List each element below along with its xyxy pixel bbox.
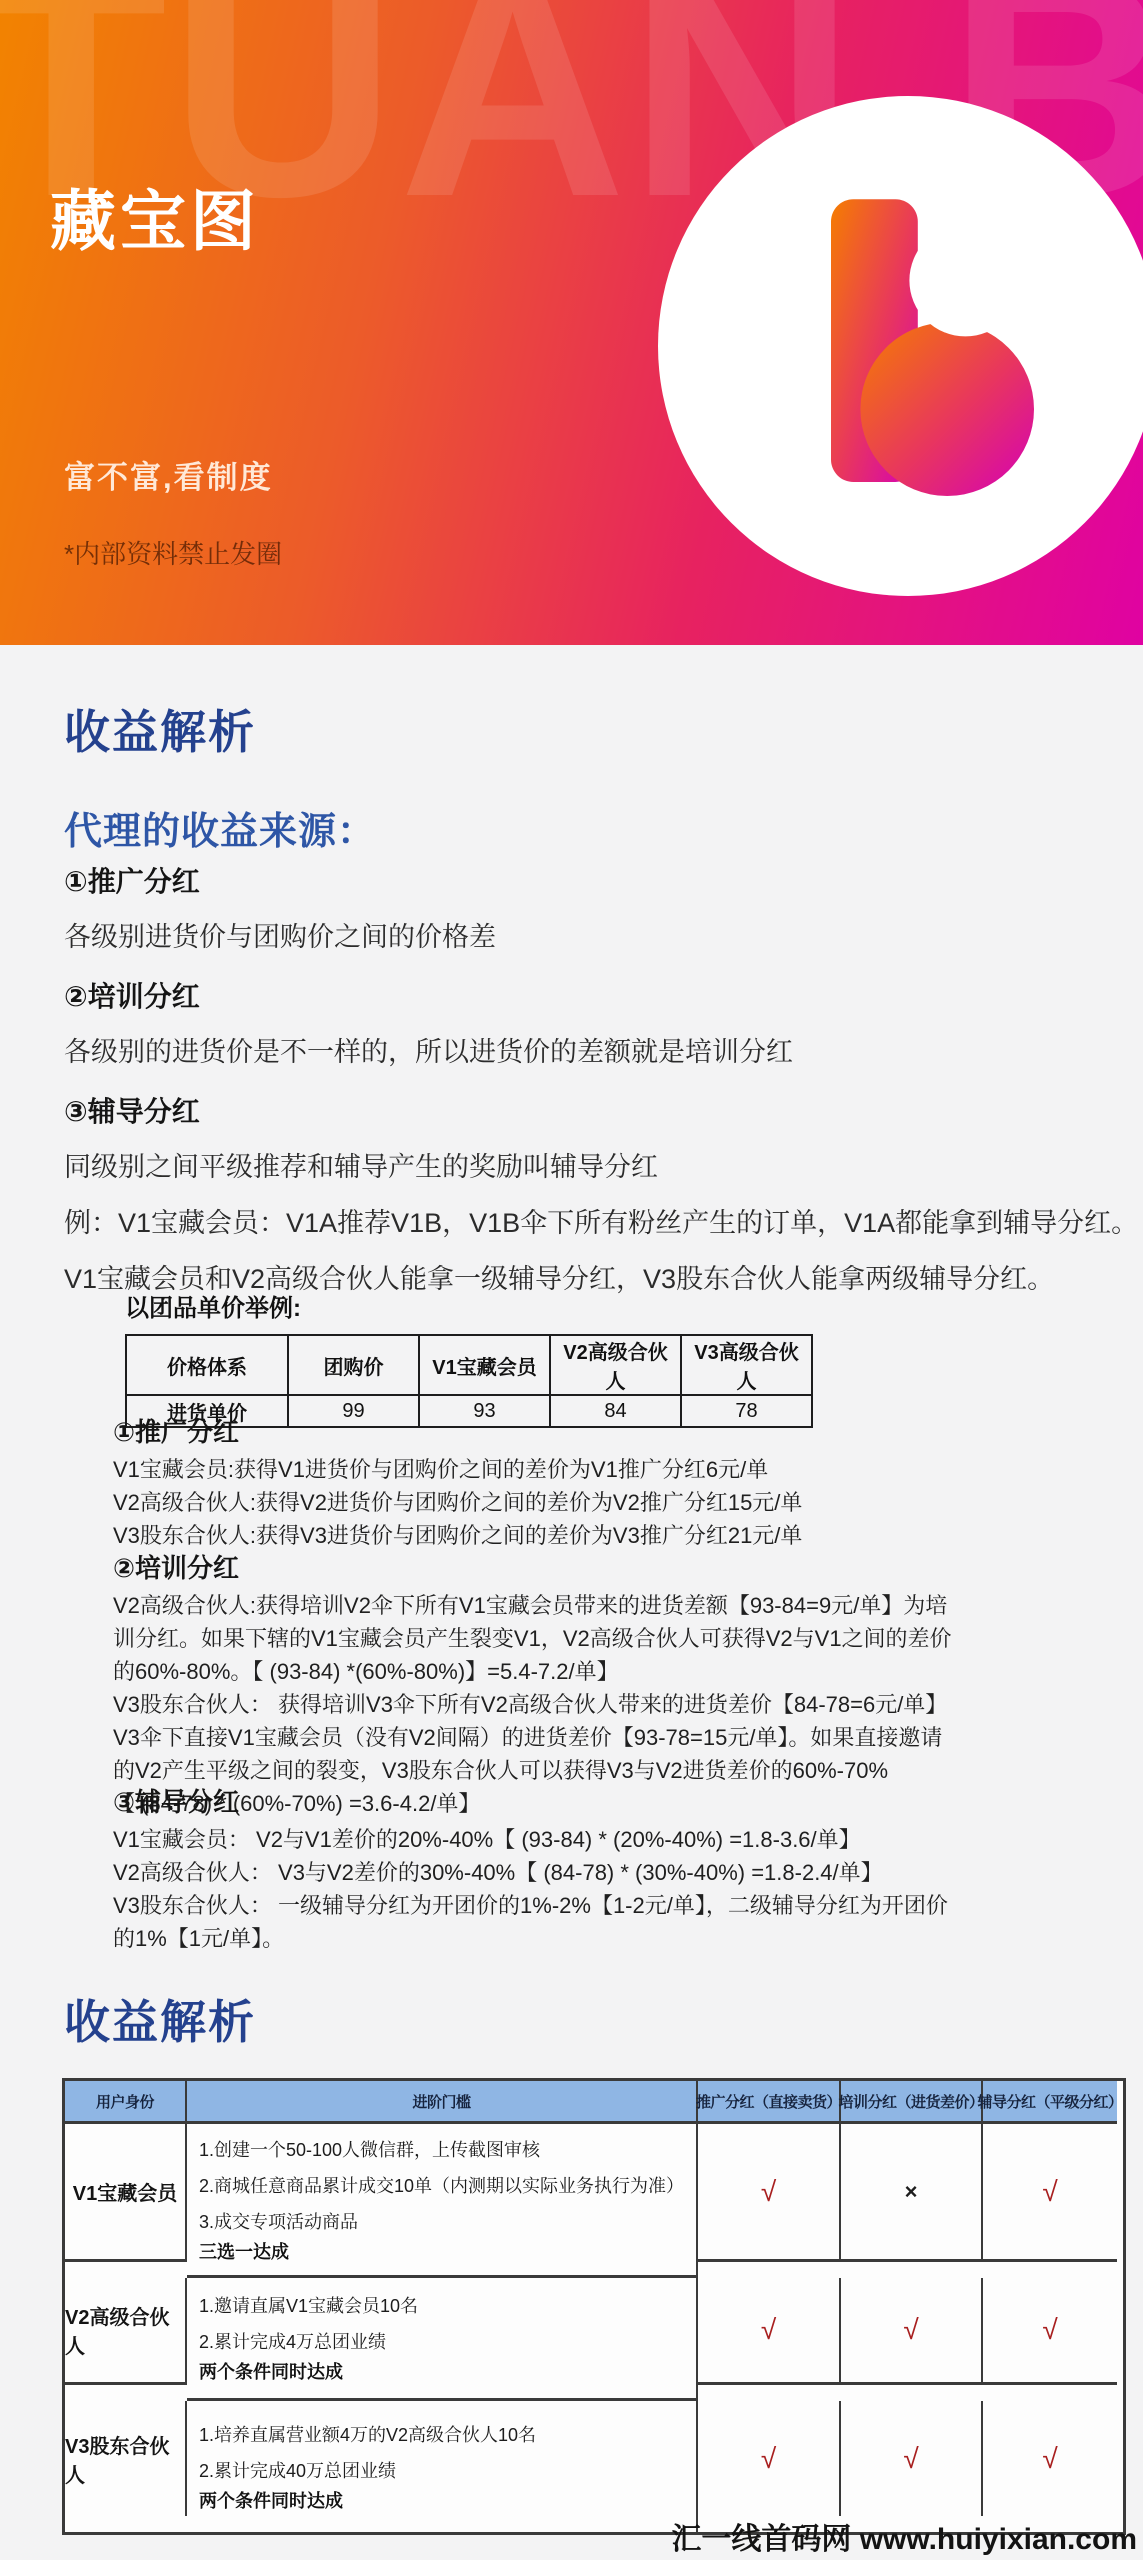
mark-cell: √ <box>841 2401 983 2516</box>
site-watermark: 汇一线首码网 www.huiyixian.com <box>671 2514 1137 2558</box>
training-bonus-block: ②培训分红 V2高级合伙人:获得培训V2伞下所有V1宝藏会员带来的进货差额【93… <box>113 1548 1123 1816</box>
condition-line: 1.培养直属营业额4万的V2高级合伙人10名 <box>199 2421 684 2447</box>
coaching-line: V1宝藏会员： V2与V1差价的20%-40%【 (93-84) * (20%-… <box>113 1828 1123 1852</box>
hero-note: *内部资料禁止发圈 <box>64 534 282 571</box>
page-title: 藏宝图 <box>50 168 260 263</box>
rank-conditions: 1.创建一个50-100人微信群，上传截图审核 2.商城任意商品累计成交10单（… <box>187 2124 698 2278</box>
rank-col-header: 用户身份 <box>65 2081 187 2124</box>
condition-line: 2.商城任意商品累计成交10单（内测期以实际业务执行为准） <box>199 2172 684 2198</box>
rank-role: V3股东合伙人 <box>65 2401 187 2516</box>
source-desc: 各级别进货价与团购价之间的价格差 <box>64 915 1114 954</box>
rank-col-header: 辅导分红（平级分红） <box>983 2081 1117 2124</box>
price-col-header: V3高级合伙人 <box>681 1335 812 1395</box>
rank-col-header: 进阶门槛 <box>187 2081 698 2124</box>
training-line: 的60%-80%。【 (93-84) *(60%-80%)】=5.4-7.2/单… <box>113 1660 1123 1684</box>
hero-tagline: 富不富,看制度 <box>64 452 273 497</box>
mark-cell: √ <box>983 2278 1117 2385</box>
price-col-header: V1宝藏会员 <box>419 1335 550 1395</box>
condition-line: 2.累计完成4万总团业绩 <box>199 2328 684 2354</box>
condition-note: 两个条件同时达成 <box>199 2358 684 2384</box>
condition-note: 两个条件同时达成 <box>199 2487 684 2513</box>
coaching-line: V3股东合伙人： 一级辅导分红为开团价的1%-2%【1-2元/单】，二级辅导分红… <box>113 1894 1123 1918</box>
rank-conditions: 1.培养直属营业额4万的V2高级合伙人10名 2.累计完成40万总团业绩 两个条… <box>187 2401 698 2532</box>
poster-page: TUAN BAO 藏宝图 富不富,看制度 *内部资料禁止发圈 收益解析 代理的收… <box>0 0 1143 2560</box>
source-desc: 各级别的进货价是不一样的，所以进货价的差额就是培训分红 <box>64 1030 1114 1069</box>
price-col-header: 价格体系 <box>126 1335 288 1395</box>
rank-conditions: 1.邀请直属V1宝藏会员10名 2.累计完成4万总团业绩 两个条件同时达成 <box>187 2278 698 2401</box>
example-line: 例：V1宝藏会员：V1A推荐V1B，V1B伞下所有粉丝产生的订单，V1A都能拿到… <box>64 1201 1114 1240</box>
section-heading-income-analysis: 收益解析 <box>64 696 256 762</box>
price-table-header-row: 价格体系 团购价 V1宝藏会员 V2高级合伙人 V3高级合伙人 <box>126 1335 812 1395</box>
mark-cell: × <box>841 2124 983 2262</box>
mark-cell: √ <box>983 2124 1117 2262</box>
coaching-bonus-block: ③辅导分红 V1宝藏会员： V2与V1差价的20%-40%【 (93-84) *… <box>113 1782 1123 1951</box>
promo-bonus-heading: ①推广分红 <box>113 1412 1123 1449</box>
condition-line: 2.累计完成40万总团业绩 <box>199 2457 684 2483</box>
rank-table: 用户身份 进阶门槛 推广分红（直接卖货） 培训分红（进货差价） 辅导分红（平级分… <box>62 2078 1126 2535</box>
training-bonus-heading: ②培训分红 <box>113 1548 1123 1585</box>
training-line: V3股东合伙人： 获得培训V3伞下所有V2高级合伙人带来的进货差价【84-78=… <box>113 1693 1123 1717</box>
condition-line: 3.成交专项活动商品 <box>199 2208 684 2234</box>
source-label: ①推广分红 <box>64 860 1114 900</box>
training-line: 训分红。如果下辖的V1宝藏会员产生裂变V1，V2高级合伙人可获得V2与V1之间的… <box>113 1627 1123 1651</box>
mark-cell: √ <box>698 2278 841 2385</box>
rank-col-header: 推广分红（直接卖货） <box>698 2081 841 2124</box>
source-label: ③辅导分红 <box>64 1090 1114 1130</box>
brand-logo-glyph <box>768 174 1048 510</box>
promo-line: V3股东合伙人:获得V3进货价与团购价之间的差价为V3推广分红21元/单 <box>113 1524 1123 1548</box>
condition-note: 三选一达成 <box>199 2238 684 2264</box>
source-label: ②培训分红 <box>64 975 1114 1015</box>
brand-logo-icon <box>658 96 1143 596</box>
condition-line: 1.创建一个50-100人微信群，上传截图审核 <box>199 2136 684 2162</box>
rank-role: V1宝藏会员 <box>65 2124 187 2262</box>
source-desc: 同级别之间平级推荐和辅导产生的奖励叫辅导分红 <box>64 1145 1114 1184</box>
rank-role: V2高级合伙人 <box>65 2278 187 2385</box>
training-line: 的V2产生平级之间的裂变，V3股东合伙人可以获得V3与V2进货差价的60%-70… <box>113 1759 1123 1783</box>
price-col-header: 团购价 <box>288 1335 419 1395</box>
training-line: V3伞下直接V1宝藏会员（没有V2间隔）的进货差价【93-78=15元/单】。如… <box>113 1726 1123 1750</box>
mark-cell: √ <box>698 2124 841 2262</box>
price-table-title: 以团品单价举例: <box>125 1288 813 1323</box>
mark-cell: √ <box>698 2401 841 2516</box>
coaching-line: 的1%【1元/单】。 <box>113 1927 1123 1951</box>
hero-banner: TUAN BAO 藏宝图 富不富,看制度 *内部资料禁止发圈 <box>0 0 1143 645</box>
coaching-bonus-heading: ③辅导分红 <box>113 1782 1123 1819</box>
price-example-block: 以团品单价举例: 价格体系 团购价 V1宝藏会员 V2高级合伙人 V3高级合伙人… <box>125 1288 813 1428</box>
subheading-income-sources: 代理的收益来源： <box>64 800 376 855</box>
coaching-line: V2高级合伙人： V3与V2差价的30%-40%【 (84-78) * (30%… <box>113 1861 1123 1885</box>
mark-cell: √ <box>983 2401 1117 2516</box>
mark-cell: √ <box>841 2278 983 2385</box>
training-line: V2高级合伙人:获得培训V2伞下所有V1宝藏会员带来的进货差额【93-84=9元… <box>113 1594 1123 1618</box>
income-sources-list: ①推广分红 各级别进货价与团购价之间的价格差 ②培训分红 各级别的进货价是不一样… <box>64 860 1114 1296</box>
price-col-header: V2高级合伙人 <box>550 1335 681 1395</box>
condition-line: 1.邀请直属V1宝藏会员10名 <box>199 2292 684 2318</box>
rank-col-header: 培训分红（进货差价） <box>841 2081 983 2124</box>
section-heading-rank-analysis: 收益解析 <box>64 1986 256 2052</box>
promo-bonus-block: ①推广分红 V1宝藏会员:获得V1进货价与团购价之间的差价为V1推广分红6元/单… <box>113 1412 1123 1548</box>
promo-line: V1宝藏会员:获得V1进货价与团购价之间的差价为V1推广分红6元/单 <box>113 1458 1123 1482</box>
promo-line: V2高级合伙人:获得V2进货价与团购价之间的差价为V2推广分红15元/单 <box>113 1491 1123 1515</box>
